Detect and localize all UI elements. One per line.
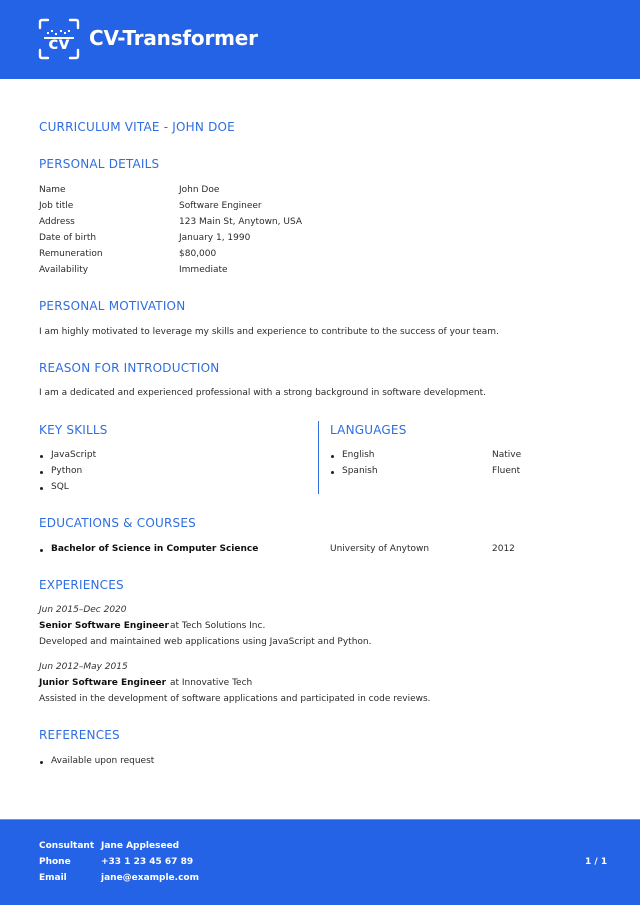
footer-consultant-name: Jane Appleseed [101,841,179,851]
language-name: English [342,450,375,460]
bullet-icon [40,549,43,552]
app-brand-name: CV-Transformer [89,26,258,50]
bullet-icon [331,455,334,458]
section-heading-experiences: EXPERIENCES [39,578,124,592]
detail-label: Address [39,217,75,227]
footer-email[interactable]: jane@example.com [101,873,199,883]
language-name: Spanish [342,466,378,476]
section-heading-personal-details: PERSONAL DETAILS [39,157,159,171]
personal-motivation-text: I am highly motivated to leverage my ski… [39,327,499,337]
detail-value: Software Engineer [179,201,262,211]
skill-item: Python [51,466,82,476]
detail-label: Name [39,185,66,195]
experience-role: Senior Software Engineer [39,621,169,631]
detail-value: 123 Main St, Anytown, USA [179,217,302,227]
page-number: 1 / 1 [585,857,607,867]
cv-scan-logo-icon: cv [38,18,80,60]
language-level: Fluent [492,466,520,476]
column-divider [318,421,319,494]
experience-company: at Innovative Tech [170,678,252,688]
bullet-icon [40,471,43,474]
app-header: cv CV-Transformer [0,0,640,79]
reason-for-introduction-text: I am a dedicated and experienced profess… [39,388,486,398]
detail-label: Remuneration [39,249,103,259]
reference-item: Available upon request [51,756,154,766]
experience-description: Developed and maintained web application… [39,637,371,647]
experience-period: Jun 2012–May 2015 [39,662,128,672]
detail-value: $80,000 [179,249,216,259]
footer-label-consultant: Consultant [39,841,94,851]
education-degree: Bachelor of Science in Computer Science [51,544,258,554]
bullet-icon [331,471,334,474]
education-institution: University of Anytown [330,544,429,554]
document-title: CURRICULUM VITAE - JOHN DOE [39,120,235,134]
education-year: 2012 [492,544,515,554]
experience-description: Assisted in the development of software … [39,694,431,704]
experience-role: Junior Software Engineer [39,678,166,688]
skill-item: JavaScript [51,450,96,460]
bullet-icon [40,761,43,764]
bullet-icon [40,487,43,490]
detail-label: Date of birth [39,233,96,243]
section-heading-key-skills: KEY SKILLS [39,423,108,437]
section-heading-reason-for-introduction: REASON FOR INTRODUCTION [39,361,219,375]
skill-item: SQL [51,482,69,492]
language-level: Native [492,450,521,460]
detail-label: Availability [39,265,88,275]
detail-value: January 1, 1990 [179,233,250,243]
section-heading-references: REFERENCES [39,728,120,742]
footer-label-phone: Phone [39,857,71,867]
section-heading-languages: LANGUAGES [330,423,407,437]
detail-label: Job title [39,201,73,211]
section-heading-educations: EDUCATIONS & COURSES [39,516,196,530]
section-heading-personal-motivation: PERSONAL MOTIVATION [39,299,185,313]
consultant-footer: Consultant Jane Appleseed Phone +33 1 23… [0,819,640,905]
footer-label-email: Email [39,873,67,883]
footer-phone[interactable]: +33 1 23 45 67 89 [101,857,193,867]
bullet-icon [40,455,43,458]
experience-period: Jun 2015–Dec 2020 [39,605,127,615]
experience-company: at Tech Solutions Inc. [170,621,265,631]
detail-value: Immediate [179,265,228,275]
detail-value: John Doe [179,185,219,195]
